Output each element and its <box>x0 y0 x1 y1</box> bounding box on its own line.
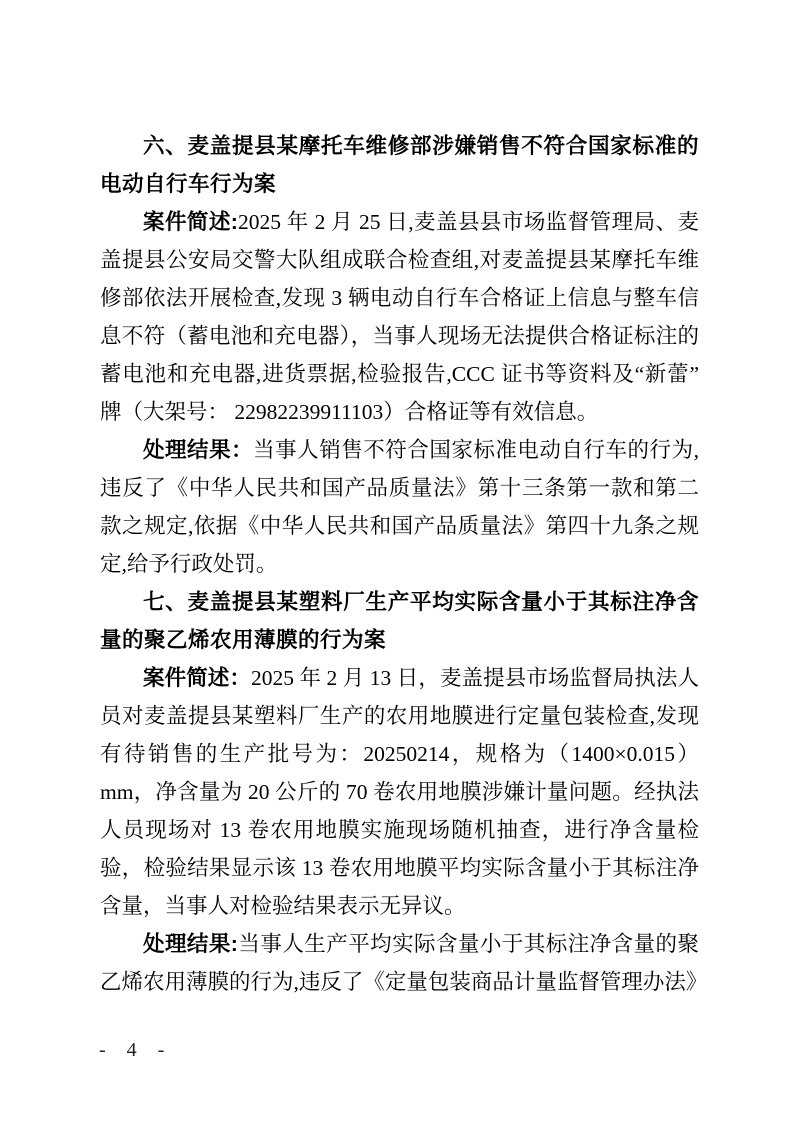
case-summary-label: 案件简述: <box>143 210 238 234</box>
case-seven-result-paragraph: 处理结果:当事人生产平均实际含量小于其标注净含量的聚乙烯农用薄膜的行为,违反了《… <box>100 925 699 1001</box>
case-six-heading: 六、麦盖提县某摩托车维修部涉嫌销售不符合国家标准的电动自行车行为案 <box>100 127 699 203</box>
case-seven-summary-text: 2025 年 2 月 13 日，麦盖提县市场监督局执法人员对麦盖提县某塑料厂生产… <box>100 666 699 918</box>
page-number: - 4 - <box>99 1036 172 1064</box>
case-six-summary-paragraph: 案件简述:2025 年 2 月 25 日,麦盖县县市场监督管理局、麦盖提县公安局… <box>100 203 699 431</box>
document-page: 六、麦盖提县某摩托车维修部涉嫌销售不符合国家标准的电动自行车行为案 案件简述:2… <box>0 0 793 1122</box>
case-six-summary-text: 2025 年 2 月 25 日,麦盖县县市场监督管理局、麦盖提县公安局交警大队组… <box>100 210 699 424</box>
case-result-label: 处理结果： <box>143 438 253 462</box>
case-seven-summary-paragraph: 案件简述：2025 年 2 月 13 日，麦盖提县市场监督局执法人员对麦盖提县某… <box>100 659 699 925</box>
case-result-label: 处理结果: <box>143 932 238 956</box>
case-seven-heading: 七、麦盖提县某塑料厂生产平均实际含量小于其标注净含量的聚乙烯农用薄膜的行为案 <box>100 583 699 659</box>
document-body: 六、麦盖提县某摩托车维修部涉嫌销售不符合国家标准的电动自行车行为案 案件简述:2… <box>100 127 699 1001</box>
case-summary-label: 案件简述： <box>143 666 251 690</box>
case-six-result-paragraph: 处理结果：当事人销售不符合国家标准电动自行车的行为,违反了《中华人民共和国产品质… <box>100 431 699 583</box>
